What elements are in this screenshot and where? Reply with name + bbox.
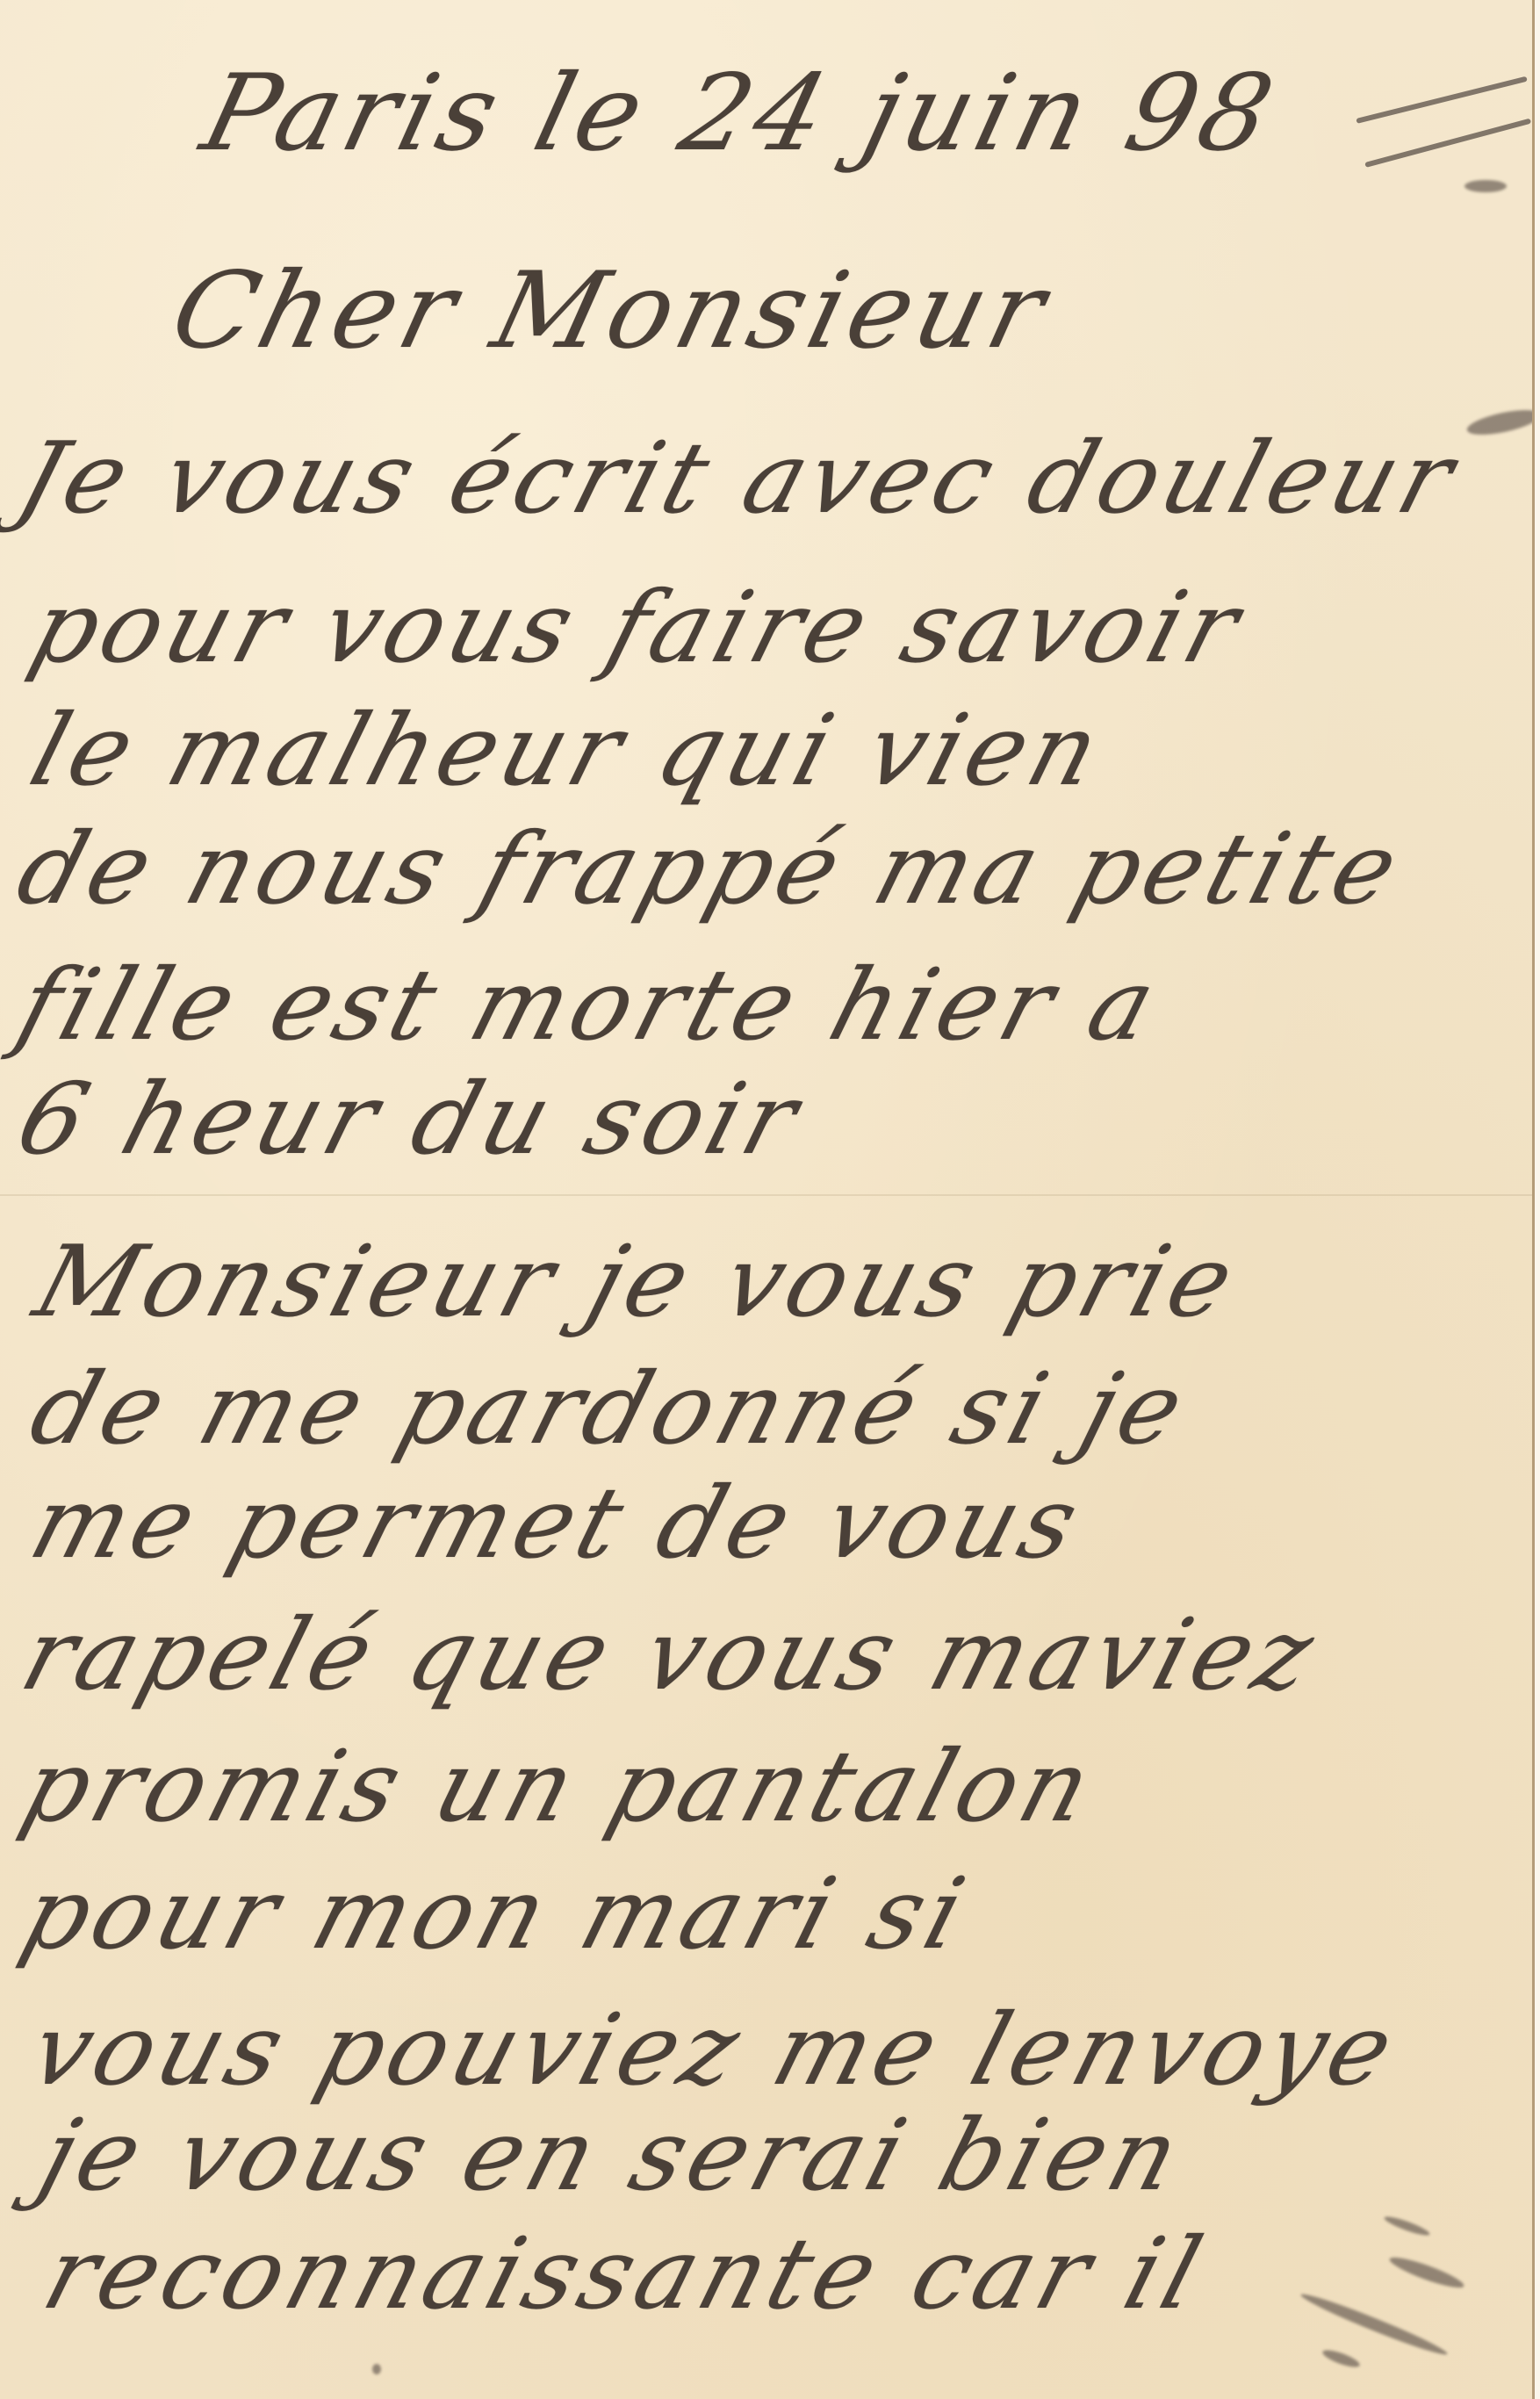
letter-line: reconnaissante car il [32,2217,1218,2331]
letter-line: fille est morte hier a [5,948,1172,1063]
letter-page: Paris le 24 juin 98 Cher Monsieur Je vou… [0,0,1535,2399]
ink-dot [372,2364,381,2374]
ink-smudge [1383,2214,1431,2238]
ink-smudge [1465,405,1535,439]
paper-fold-line [0,1194,1532,1196]
letter-line: Je vous écrit avec douleur [5,421,1471,536]
letter-line: pour vous faire savoir [18,571,1256,685]
letter-line: me permet de vous [18,1466,1095,1581]
letter-line: de me pardonné si je [18,1352,1200,1466]
ink-smudge [1321,2347,1361,2371]
letter-line: 6 heur du soir [5,1063,815,1177]
ink-smudge [1464,180,1507,192]
ink-stroke [1364,119,1531,168]
letter-line: rapelé que vous maviez [10,1598,1330,1712]
letter-place-date: Paris le 24 juin 98 [191,53,1289,175]
ink-smudge [1387,2252,1466,2293]
letter-line: pour mon mari si [10,1857,981,1971]
ink-smudge [1299,2289,1450,2359]
letter-greeting: Cher Monsieur [161,250,1061,372]
letter-line: le malheur qui vien [18,694,1116,808]
letter-line: Monsieur je vous prie [23,1225,1250,1339]
letter-line: promis un pantalon [10,1730,1108,1844]
letter-line: de nous frappé ma petite [5,812,1414,926]
letter-line: vous pouviez me lenvoye [18,1993,1410,2107]
letter-line: je vous en serai bien [27,2099,1196,2213]
ink-stroke [1356,76,1528,124]
